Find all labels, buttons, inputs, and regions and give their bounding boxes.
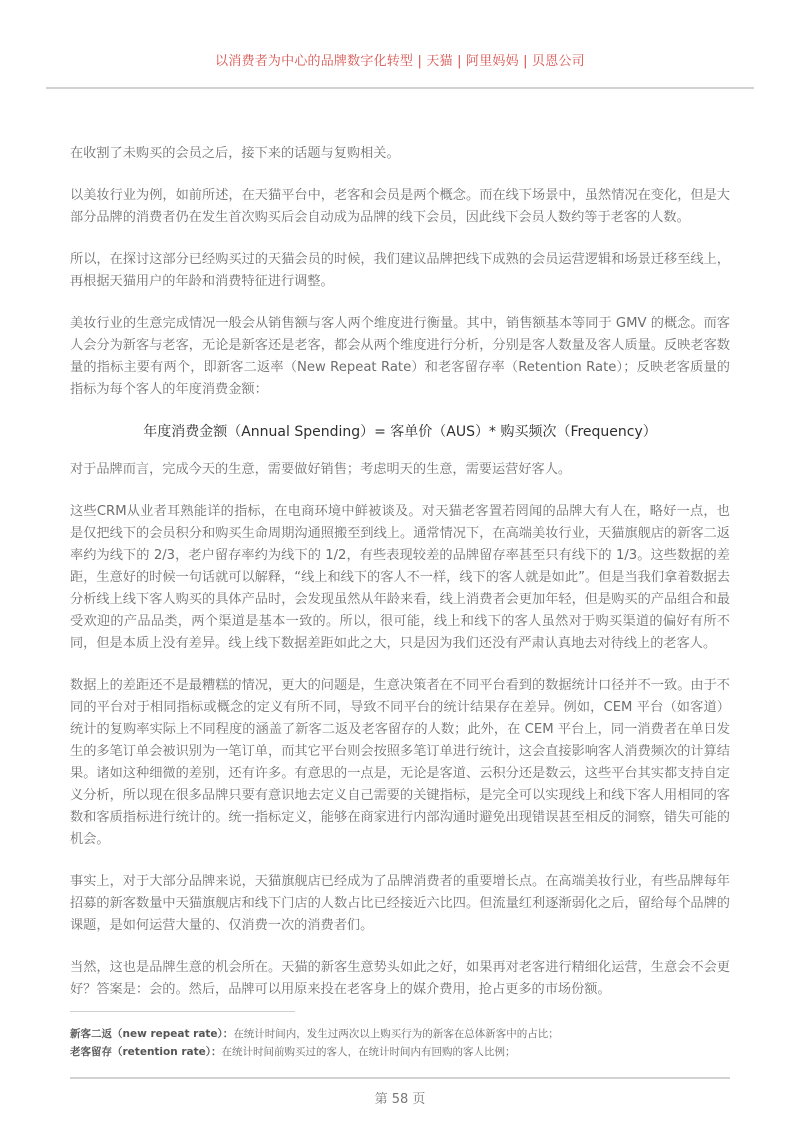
page-number: 第 58 页 [0,1088,800,1107]
header-rule-line [46,87,754,89]
paragraph: 对于品牌而言，完成今天的生意，需要做好销售；考虑明天的生意，需要运营好客人。 [70,459,730,481]
footnote-term: 新客二返（new repeat rate）： [70,1028,233,1040]
paragraph: 当然，这也是品牌生意的机会所在。天猫的新客生意势头如此之好，如果再对老客进行精细… [70,957,730,1001]
footnote-term: 老客留存（retention rate）： [70,1046,222,1058]
document-body: 在收割了未购买的会员之后，接下来的话题与复购相关。 以美妆行业为例，如前所述，在… [70,143,730,1021]
paragraph: 在收割了未购买的会员之后，接下来的话题与复购相关。 [70,143,730,165]
footnote-definition: 在统计时间内，发生过两次以上购买行为的新客在总体新客中的占比； [233,1028,559,1040]
paragraph: 事实上，对于大部分品牌来说，天猫旗舰店已经成为了品牌消费者的重要增长点。在高端美… [70,871,730,937]
paragraph: 美妆行业的生意完成情况一般会从销售额与客人两个维度进行衡量。其中，销售额基本等同… [70,313,730,401]
footnote-divider [70,1011,295,1012]
footer-divider [70,1077,730,1079]
paragraph: 以美妆行业为例，如前所述，在天猫平台中，老客和会员是两个概念。而在线下场景中，虽… [70,185,730,229]
footnote: 新客二返（new repeat rate）：在统计时间内，发生过两次以上购买行为… [70,1025,730,1043]
paragraph: 这些CRM从业者耳熟能详的指标，在电商环境中鲜被谈及。对天猫老客置若罔闻的品牌大… [70,501,730,655]
footnote: 老客留存（retention rate）：在统计时间前购买过的客人，在统计时间内… [70,1043,730,1061]
paragraph: 数据上的差距还不是最糟糕的情况，更大的问题是，生意决策者在不同平台看到的数据统计… [70,675,730,851]
document-header-title: 以消费者为中心的品牌数字化转型 | 天猫 | 阿里妈妈 | 贝恩公司 [0,50,800,69]
footnote-definition: 在统计时间前购买过的客人，在统计时间内有回购的客人比例； [222,1046,516,1058]
footnotes: 新客二返（new repeat rate）：在统计时间内，发生过两次以上购买行为… [70,1025,730,1061]
paragraph: 所以，在探讨这部分已经购买过的天猫会员的时候，我们建议品牌把线下成熟的会员运营逻… [70,249,730,293]
formula: 年度消费金额（Annual Spending）= 客单价（AUS）* 购买频次（… [70,421,730,443]
